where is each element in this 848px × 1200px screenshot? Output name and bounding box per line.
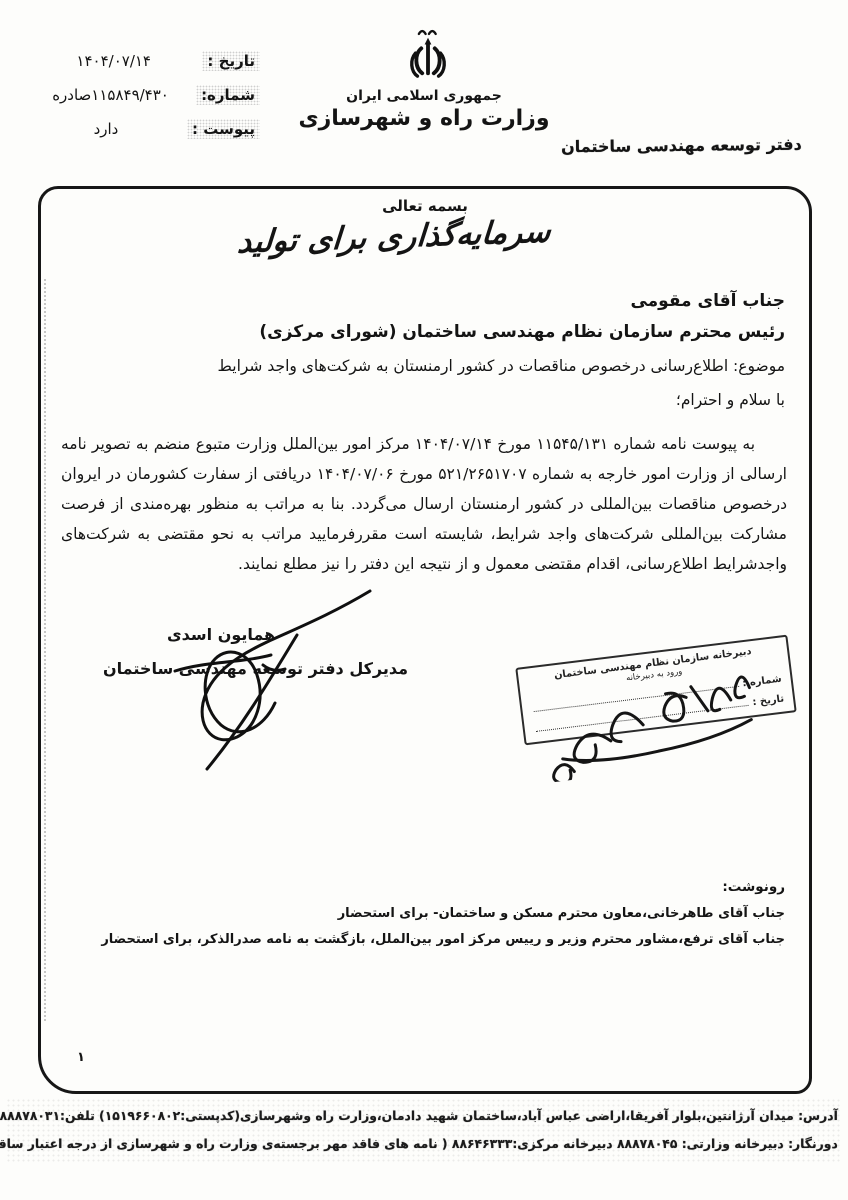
recipient-title: رئیس محترم سازمان نظام مهندسی ساختمان (ش… (65, 322, 785, 342)
date-value: ۱۴۰۴/۰۷/۱۴ (25, 52, 202, 70)
letter-frame: بسمه تعالی سرمایه‌گذاری برای تولید جناب … (38, 186, 812, 1094)
footer-address-band: آدرس: میدان آرژانتین،بلوار آفریقا،اراضی … (6, 1098, 842, 1164)
scan-dotted-edge (44, 279, 46, 1021)
recipient-block: جناب آقای مقومی رئیس محترم سازمان نظام م… (65, 291, 785, 409)
footer-address-line: آدرس: میدان آرژانتین،بلوار آفریقا،اراضی … (10, 1102, 838, 1130)
office-name: دفتر توسعه مهندسی ساختمان (561, 135, 802, 157)
scanned-letter-page: تاریخ : ۱۴۰۴/۰۷/۱۴ شماره: ۱۱۵۸۴۹/۴۳۰صادر… (0, 0, 848, 1200)
signature-ink (145, 587, 380, 772)
date-label: تاریخ : (202, 51, 260, 71)
year-slogan-calligraphy: سرمایه‌گذاری برای تولید (237, 213, 553, 260)
cc-item: جناب آقای طاهرخانی،معاون محترم مسکن و سا… (65, 901, 785, 927)
besmeleh-text: بسمه تعالی (382, 197, 468, 215)
country-name: جمهوری اسلامی ایران (0, 88, 848, 104)
iran-emblem-icon (404, 26, 452, 86)
cc-item: جناب آقای ترفع،مشاور محترم وزیر و رییس م… (65, 927, 785, 953)
meta-date-row: تاریخ : ۱۴۰۴/۰۷/۱۴ (25, 44, 260, 78)
salutation-line: با سلام و احترام؛ (65, 391, 785, 409)
letter-body: به پیوست نامه شماره ۱۱۵۴۵/۱۳۱ مورخ ۱۴۰۴/… (61, 429, 787, 579)
cc-block: رونوشت: جناب آقای طاهرخانی،معاون محترم م… (65, 879, 785, 953)
secretariat-stamp: دبیرخانه سازمان نظام مهندسی ساختمان ورود… (515, 635, 796, 746)
stamp-number-label: شماره : (742, 674, 782, 690)
footer-fax-line: دورنگار: دبیرخانه وزارتی: ۸۸۸۷۸۰۴۵ دبیرخ… (10, 1130, 838, 1158)
cc-label: رونوشت: (65, 879, 785, 895)
page-marker: ۱ (77, 1050, 85, 1065)
stamp-date-label: تاریخ : (752, 694, 785, 709)
signer-name: همایون اسدی (167, 625, 275, 644)
subject-line: موضوع: اطلاع‌رسانی درخصوص مناقصات در کشو… (65, 357, 785, 375)
recipient-name: جناب آقای مقومی (65, 291, 785, 311)
ministry-name: وزارت راه و شهرسازی (0, 106, 848, 131)
signer-title: مدیرکل دفتر توسعه مهندسی ساختمان (103, 659, 408, 678)
